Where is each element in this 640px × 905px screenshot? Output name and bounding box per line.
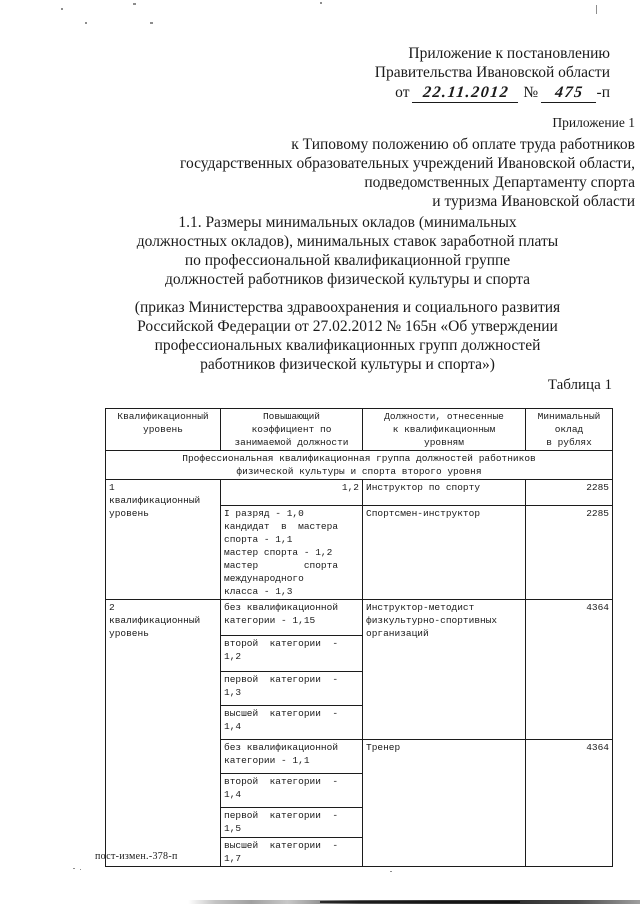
text-line: должностей работников физической культур… (55, 270, 640, 289)
position-cell: Инструктор по спорту (363, 480, 526, 506)
coeff-cell: I разряд - 1,0 кандидат в мастера спорта… (221, 506, 363, 600)
scan-speck (61, 8, 63, 10)
number-sign: № (523, 84, 538, 101)
appendix-label: Приложение 1 (180, 114, 635, 132)
text-line: к Типовому положению об оплате труда раб… (180, 135, 635, 154)
position-cell: Инструктор-методист физкультурно-спортив… (363, 600, 526, 740)
coeff-cell: второй категории - 1,2 (221, 636, 363, 672)
col-header-qualification-level: Квалификационный уровень (106, 409, 221, 451)
salary-cell: 4364 (526, 740, 613, 867)
text-line: должностных окладов), минимальных ставок… (55, 232, 640, 251)
text-line: подведомственных Департаменту спорта (180, 173, 635, 192)
scan-speck (80, 869, 81, 870)
handwritten-date: 22.11.2012 (412, 83, 520, 103)
coeff-cell: второй категории - 1,4 (221, 774, 363, 808)
appendix-reference-block: Приложение 1 к Типовому положению об опл… (180, 114, 635, 211)
text-line: Правительства Ивановской области (375, 63, 610, 82)
date-prefix: от (395, 84, 409, 101)
table-row: 1 квалификационный уровень 1,2 Инструкто… (106, 480, 613, 506)
scan-speck (150, 22, 153, 24)
section-title: 1.1. Размеры минимальных окладов (минима… (55, 213, 640, 289)
salary-table: Квалификационный уровень Повышающий коэф… (105, 408, 613, 867)
text-line: и туризма Ивановской области (180, 192, 635, 211)
text-line: по профессиональной квалификационной гру… (55, 251, 640, 270)
table-row: 2 квалификационный уровень без квалифика… (106, 600, 613, 636)
col-header-raising-coefficient: Повышающий коэффициент по занимаемой дол… (221, 409, 363, 451)
coeff-cell: высшей категории - 1,7 (221, 838, 363, 867)
salary-cell: 2285 (526, 480, 613, 506)
scanned-document-page: Приложение к постановлению Правительства… (0, 0, 640, 905)
col-header-minimum-salary: Минимальный оклад в рублях (526, 409, 613, 451)
text-line: 1.1. Размеры минимальных окладов (минима… (55, 213, 640, 232)
group-header-row: Профессиональная квалификационная группа… (106, 451, 613, 480)
position-cell: Тренер (363, 740, 526, 867)
text-line: профессиональных квалификационных групп … (55, 336, 640, 355)
salary-cell: 4364 (526, 600, 613, 740)
level1-label-cell: 1 квалификационный уровень (106, 480, 221, 600)
scan-speck (596, 5, 597, 14)
coeff-cell: 1,2 (221, 480, 363, 506)
legal-basis-note: (приказ Министерства здравоохранения и с… (55, 298, 640, 374)
scan-speck (133, 3, 136, 5)
coeff-cell: без квалификационной категории - 1,15 (221, 600, 363, 636)
scan-edge-artifact (320, 901, 520, 903)
coeff-cell: высшей категории - 1,4 (221, 706, 363, 740)
text-line: (приказ Министерства здравоохранения и с… (55, 298, 640, 317)
text-line: Российской Федерации от 27.02.2012 № 165… (55, 317, 640, 336)
coeff-cell: первой категории - 1,5 (221, 808, 363, 838)
table-header-row: Квалификационный уровень Повышающий коэф… (106, 409, 613, 451)
scan-speck (73, 868, 75, 869)
level2-label-cell: 2 квалификационный уровень (106, 600, 221, 867)
scan-speck (85, 22, 87, 24)
decree-date-line: от 22.11.2012 № 475-п (375, 83, 610, 103)
group-header: Профессиональная квалификационная группа… (106, 451, 613, 480)
text-line: работников физической культуры и спорта»… (55, 355, 640, 374)
col-header-positions: Должности, отнесенные к квалификационным… (363, 409, 526, 451)
salary-cell: 2285 (526, 506, 613, 600)
footer-document-code: пост-измен.-378-п (95, 851, 178, 862)
text-line: государственных образовательных учрежден… (180, 154, 635, 173)
text-line: Приложение к постановлению (375, 44, 610, 63)
scan-speck (390, 871, 392, 872)
handwritten-number: 475 (541, 83, 598, 103)
coeff-cell: первой категории - 1,3 (221, 672, 363, 706)
decree-reference-block: Приложение к постановлению Правительства… (375, 44, 610, 103)
number-suffix: -п (597, 84, 610, 101)
scan-speck (320, 2, 322, 4)
coeff-cell: без квалификационной категории - 1,1 (221, 740, 363, 774)
position-cell: Спортсмен-инструктор (363, 506, 526, 600)
table-caption: Таблица 1 (548, 377, 612, 394)
